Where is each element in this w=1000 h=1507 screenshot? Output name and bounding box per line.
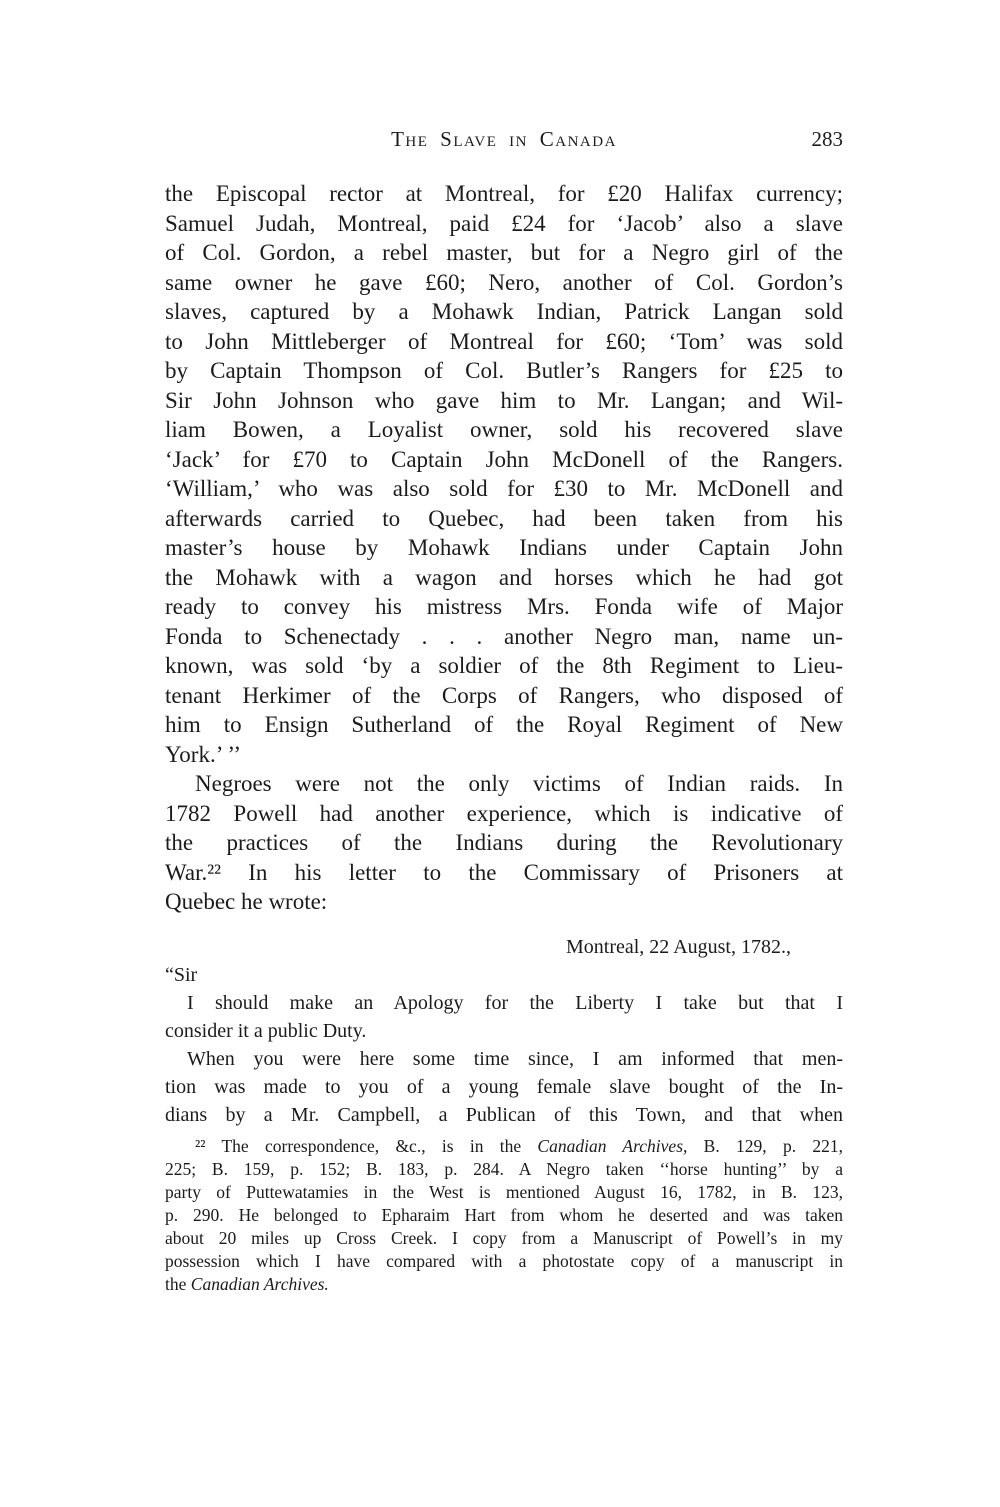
text-block: The Slave in Canada 283 the Episcopal re… [165,0,843,1296]
footnote-text: ²² The correspondence, &c., is in the [195,1136,537,1156]
text-line: the practices of the Indians during the … [165,828,843,858]
text-line: slaves, captured by a Mohawk Indian, Pat… [165,297,843,327]
text-line: same owner he gave £60; Nero, another of… [165,268,843,298]
footnote-line: about 20 miles up Cross Creek. I copy fr… [165,1227,843,1250]
letter-paragraph-apology: I should make an Apology for the Liberty… [165,989,843,1045]
text-line: I should make an Apology for the Liberty… [165,989,843,1017]
book-page-scan: The Slave in Canada 283 the Episcopal re… [0,0,1000,1507]
footnote-italic-title: Canadian Archives. [191,1274,329,1294]
text-line: Quebec he wrote: [165,887,843,917]
footnote-text: the [165,1274,191,1294]
text-line: York.’ ’’ [165,740,843,770]
text-line: When you were here some time since, I am… [165,1045,843,1073]
text-line: Fonda to Schenectady . . . another Negro… [165,622,843,652]
text-line: ready to convey his mistress Mrs. Fonda … [165,592,843,622]
text-line: Negroes were not the only victims of Ind… [165,769,843,799]
paragraph-negroes-victims: Negroes were not the only victims of Ind… [165,769,843,917]
footnote-line: ²² The correspondence, &c., is in the Ca… [165,1135,843,1158]
text-line: Sir John Johnson who gave him to Mr. Lan… [165,386,843,416]
footnote-22: ²² The correspondence, &c., is in the Ca… [165,1135,843,1296]
text-line: War.²² In his letter to the Commissary o… [165,858,843,888]
text-line: of Col. Gordon, a rebel master, but for … [165,238,843,268]
text-line: 1782 Powell had another experience, whic… [165,799,843,829]
footnote-line: the Canadian Archives. [165,1273,843,1296]
text-line: master’s house by Mohawk Indians under C… [165,533,843,563]
page-number: 283 [812,126,844,153]
text-line: known, was sold ‘by a soldier of the 8th… [165,651,843,681]
text-line: afterwards carried to Quebec, had been t… [165,504,843,534]
text-line: tion was made to you of a young female s… [165,1073,843,1101]
text-line: by Captain Thompson of Col. Butler’s Ran… [165,356,843,386]
text-line: ‘Jack’ for £70 to Captain John McDonell … [165,445,843,475]
quoted-letter: Montreal, 22 August, 1782., “Sir I shoul… [165,933,843,1129]
footnote-line: p. 290. He belonged to Epharaim Hart fro… [165,1204,843,1227]
paragraph-continuation: the Episcopal rector at Montreal, for £2… [165,179,843,769]
running-title: The Slave in Canada [165,126,843,153]
footnote-text: B. 129, p. 221, [687,1136,843,1156]
footnote-line: party of Puttewatamies in the West is me… [165,1181,843,1204]
text-line: tenant Herkimer of the Corps of Rangers,… [165,681,843,711]
letter-paragraph-slave-mention: When you were here some time since, I am… [165,1045,843,1129]
footnote-italic-title: Canadian Archives, [537,1136,687,1156]
text-line: liam Bowen, a Loyalist owner, sold his r… [165,415,843,445]
text-line: Samuel Judah, Montreal, paid £24 for ‘Ja… [165,209,843,239]
main-text: the Episcopal rector at Montreal, for £2… [165,179,843,917]
text-line: consider it a public Duty. [165,1017,843,1045]
text-line: the Episcopal rector at Montreal, for £2… [165,179,843,209]
running-header: The Slave in Canada 283 [165,126,843,153]
footnote-line: possession which I have compared with a … [165,1250,843,1273]
text-line: to John Mittleberger of Montreal for £60… [165,327,843,357]
text-line: him to Ensign Sutherland of the Royal Re… [165,710,843,740]
letter-dateline: Montreal, 22 August, 1782., [165,933,843,961]
footnote-line: 225; B. 159, p. 152; B. 183, p. 284. A N… [165,1158,843,1181]
text-line: ‘William,’ who was also sold for £30 to … [165,474,843,504]
text-line: the Mohawk with a wagon and horses which… [165,563,843,593]
letter-salutation: “Sir [165,961,843,989]
text-line: dians by a Mr. Campbell, a Publican of t… [165,1101,843,1129]
